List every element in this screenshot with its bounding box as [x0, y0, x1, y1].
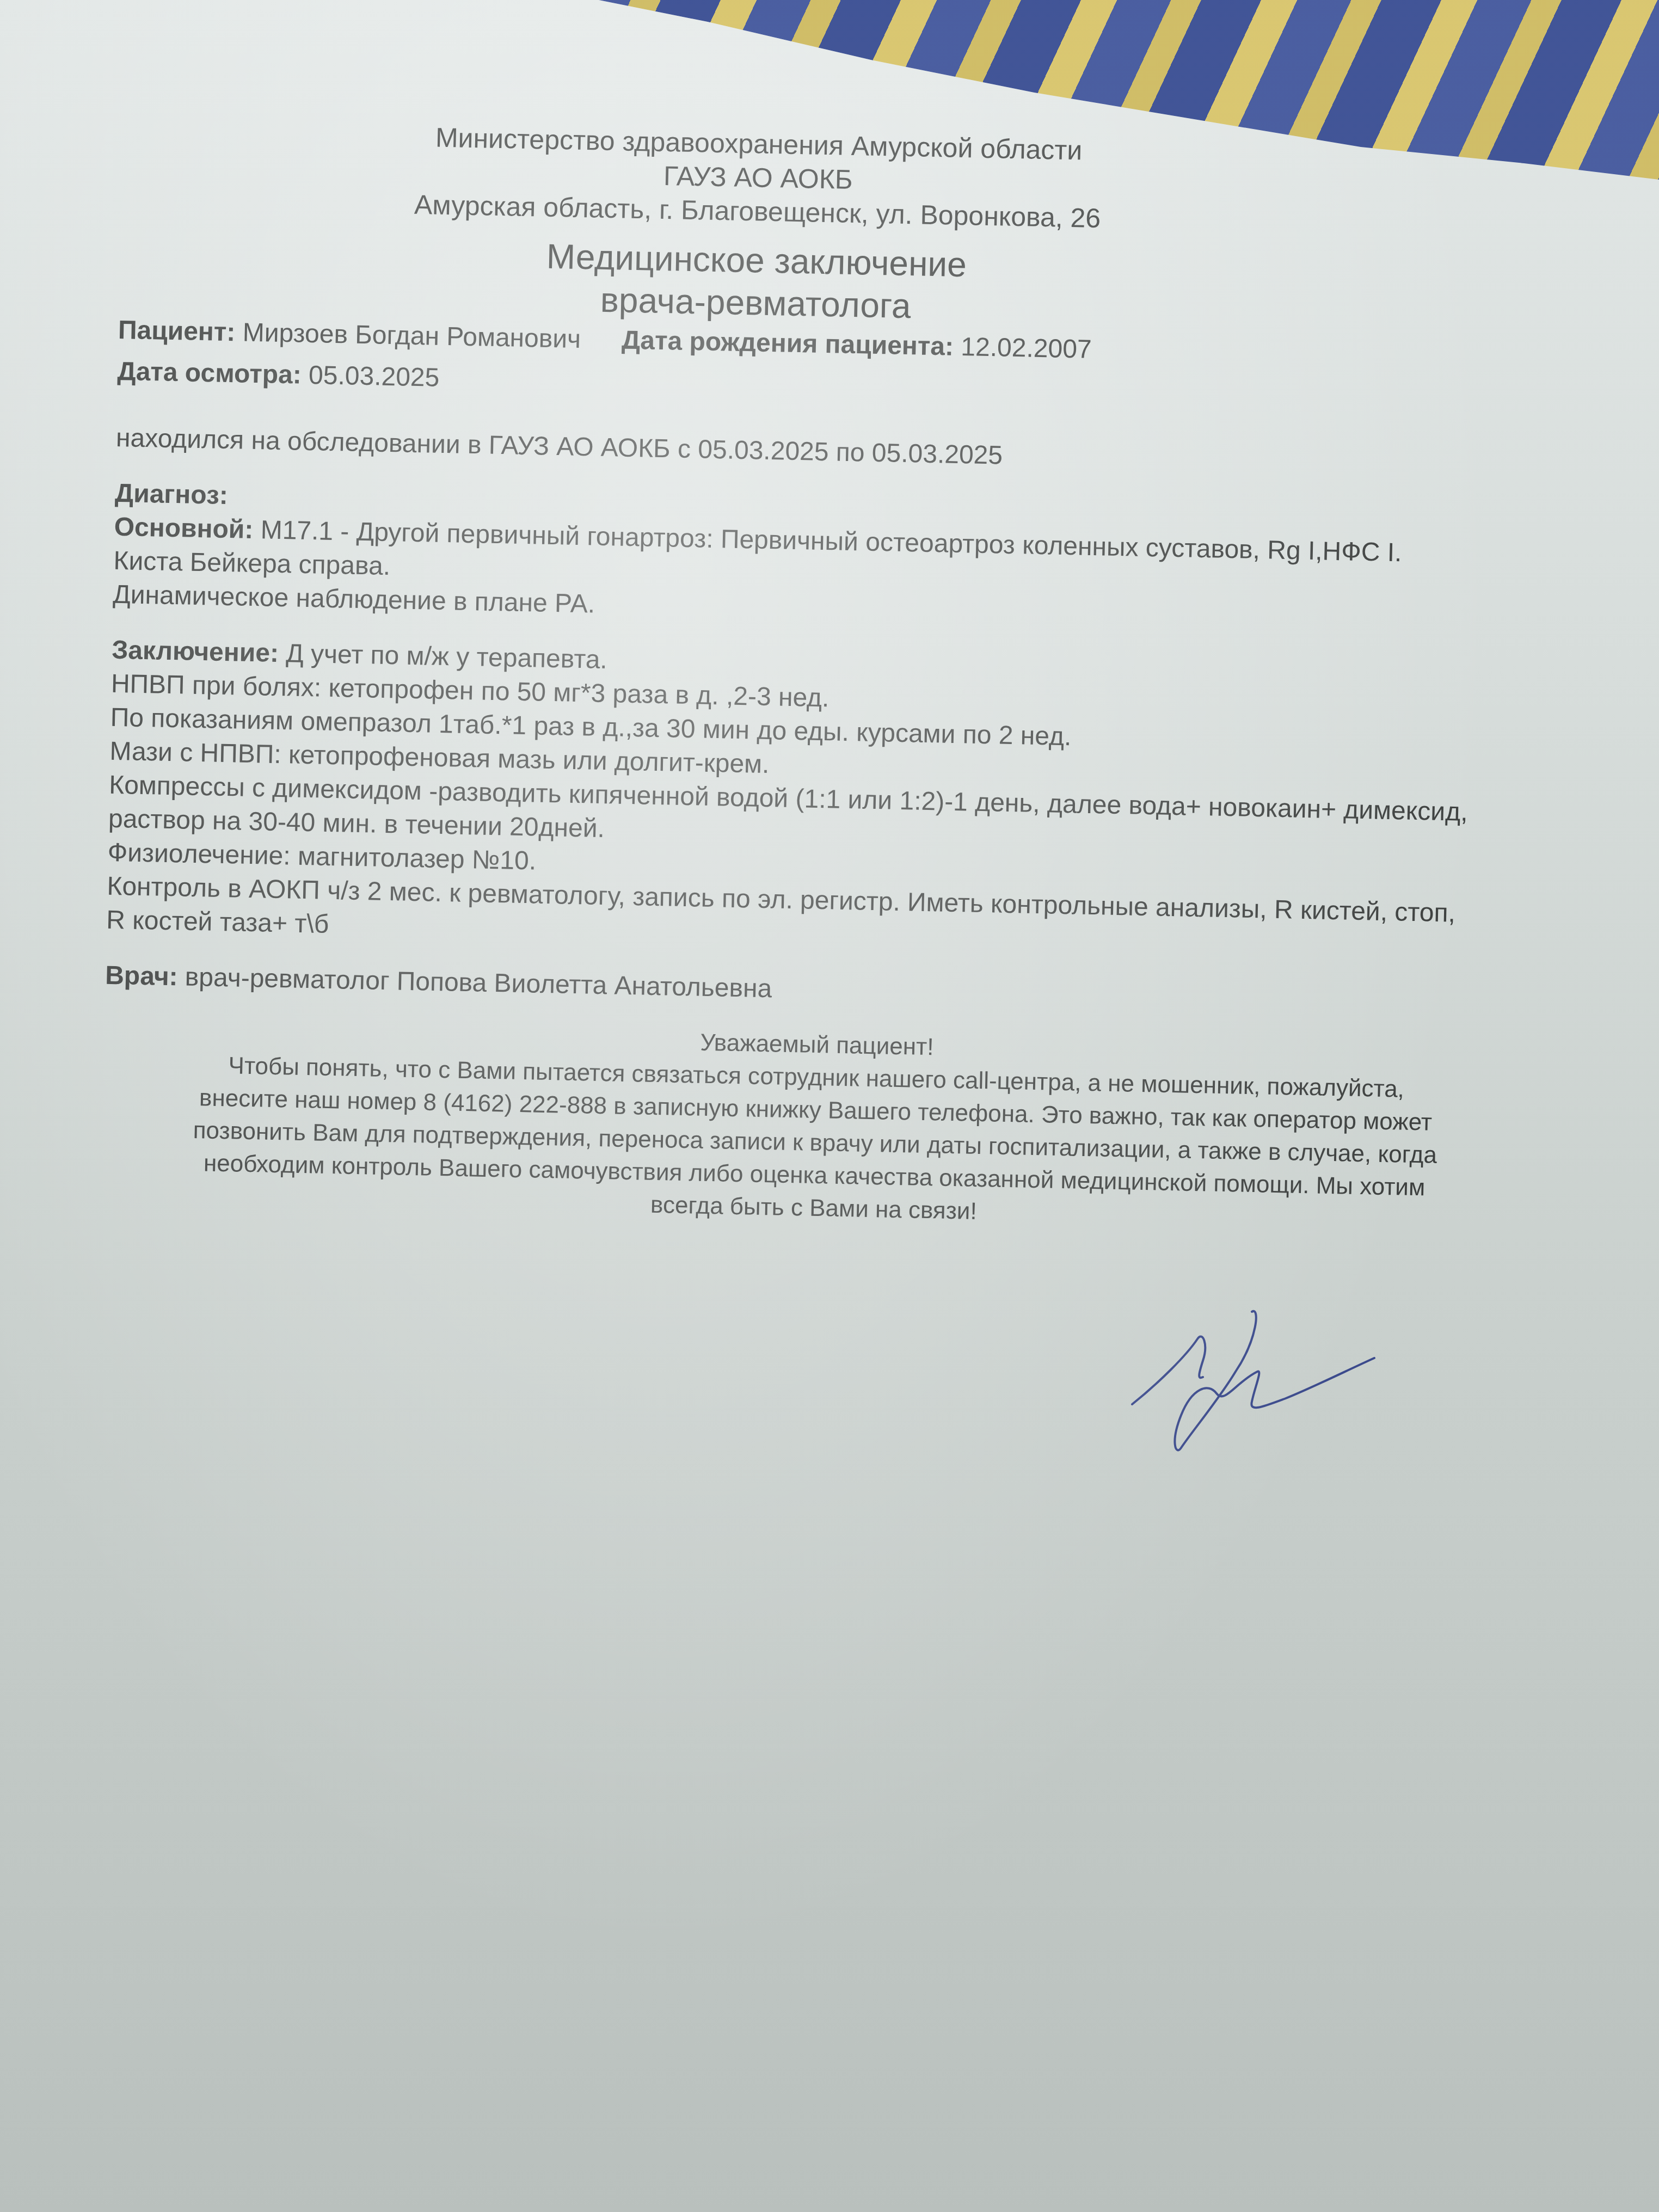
- conclusion-label: Заключение:: [112, 636, 279, 668]
- exam-date-label: Дата осмотра:: [117, 357, 302, 390]
- conclusion-section: Заключение: Д учет по м/ж у терапевта. Н…: [106, 634, 1527, 966]
- letterhead: Министерство здравоохранения Амурской об…: [240, 116, 1276, 238]
- doctor-label: Врач:: [105, 961, 178, 992]
- patient-label: Пациент:: [118, 316, 236, 347]
- main-diagnosis-label: Основной:: [114, 513, 254, 544]
- conclusion-text: Д учет по м/ж у терапевта.: [286, 639, 608, 674]
- dob-value: 12.02.2007: [961, 333, 1092, 364]
- paper-sheet: Министерство здравоохранения Амурской об…: [0, 0, 1659, 2212]
- diagnosis-section: Диагноз: Основной: M17.1 - Другой первич…: [113, 477, 1530, 640]
- stay-period: находился на обследовании в ГАУЗ АО АОКБ…: [115, 421, 1531, 483]
- patient-notice: Уважаемый пациент! Чтобы понять, что с В…: [106, 1015, 1525, 1239]
- doctor-signature: [1127, 1306, 1377, 1464]
- patient-field: Пациент: Мирзоев Богдан Романович: [118, 314, 581, 357]
- exam-date-value: 05.03.2025: [309, 361, 440, 392]
- dob-label: Дата рождения пациента:: [622, 325, 954, 361]
- doctor-name: врач-ревматолог Попова Виолетта Анатолье…: [185, 963, 772, 1004]
- doctor-field: Врач: врач-ревматолог Попова Виолетта Ан…: [105, 959, 1521, 1021]
- medical-report: Министерство здравоохранения Амурской об…: [101, 114, 1538, 1239]
- patient-name: Мирзоев Богдан Романович: [242, 318, 581, 354]
- dob-field: Дата рождения пациента: 12.02.2007: [622, 323, 1092, 366]
